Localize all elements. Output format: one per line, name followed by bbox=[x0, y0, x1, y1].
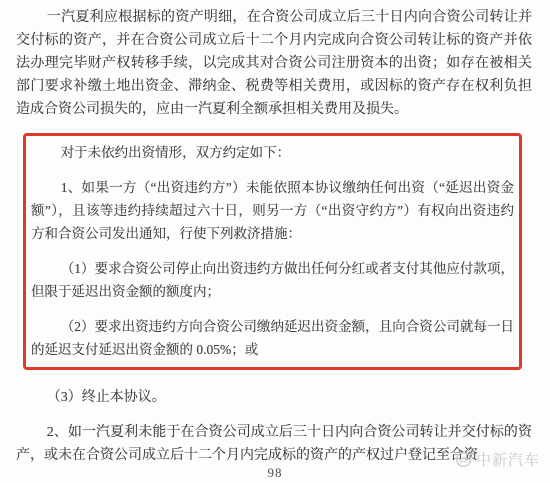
highlight-paragraph-lead: 对于未依约出资情形，双方约定如下： bbox=[31, 141, 514, 164]
red-highlight-box: 对于未依约出资情形，双方约定如下： 1、如果一方（“出资违约方”）未能依照本协议… bbox=[23, 133, 522, 370]
highlight-paragraph-clause-1: 1、如果一方（“出资违约方”）未能依照本协议缴纳任何出资（“延迟出资金额”），且… bbox=[31, 176, 514, 245]
document-page: 一汽夏利应根据标的资产明细，在合资公司成立后三十日内向合资公司转让并交付标的资产… bbox=[0, 0, 550, 483]
paragraph-remedy-3: （3）终止本协议。 bbox=[16, 386, 532, 409]
page-number: 98 bbox=[0, 465, 550, 481]
paragraph-intro: 一汽夏利应根据标的资产明细，在合资公司成立后三十日内向合资公司转让并交付标的资产… bbox=[16, 6, 532, 121]
document-content: 一汽夏利应根据标的资产明细，在合资公司成立后三十日内向合资公司转让并交付标的资产… bbox=[0, 0, 550, 467]
highlight-paragraph-remedy-2: （2）要求出资违约方向合资公司缴纳延迟出资金额，且向合资公司就每一日的延迟支付延… bbox=[31, 315, 514, 361]
highlight-paragraph-remedy-1: （1）要求合资公司停止向出资违约方做出任何分红或者支付其他应付款项，但限于延迟出… bbox=[31, 257, 514, 303]
